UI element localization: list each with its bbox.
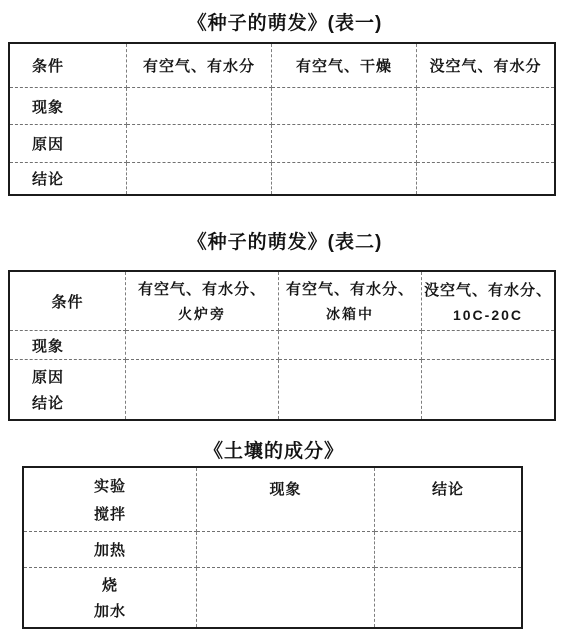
empty-cell [197, 532, 375, 568]
table3-rowlabel-addwater: 加水 [94, 600, 126, 621]
table2-header-air-water-fridge: 有空气、有水分、 冰箱中 [279, 272, 422, 331]
table3-rowlabel-stir: 搅拌 [94, 503, 126, 524]
empty-cell [126, 331, 279, 360]
empty-cell [279, 360, 422, 419]
header-line1: 没空气、有水分、 [424, 279, 552, 300]
table3-header-phenomenon: 现象 [197, 468, 375, 532]
empty-cell [272, 88, 417, 125]
header-line1: 有空气、有水分、 [138, 278, 266, 299]
empty-cell [127, 88, 272, 125]
header-line2: 火炉旁 [178, 304, 226, 324]
empty-cell [127, 163, 272, 194]
table3-header-conclusion: 结论 [375, 468, 521, 532]
header-line2: 冰箱中 [326, 304, 374, 324]
table1-rowlabel-conclusion: 结论 [10, 163, 127, 194]
table2-header-noair-water-temp: 没空气、有水分、 10C-20C [422, 272, 554, 331]
table3-title: 《土壤的成分》 [0, 436, 548, 463]
table2-header-condition: 条件 [10, 272, 126, 331]
empty-cell [417, 88, 554, 125]
header-line1: 有空气、有水分、 [286, 278, 414, 299]
table1-header-air-dry: 有空气、干燥 [272, 44, 417, 88]
table2-rowlabel-reason-conclusion: 原因 结论 [10, 360, 126, 419]
table1-rowlabel-phenomenon: 现象 [10, 88, 127, 125]
table3-rowlabel-burn: 烧 [102, 574, 118, 595]
empty-cell [417, 125, 554, 163]
table3-rowlabel-heat: 加热 [24, 532, 197, 568]
table1-header-condition: 条件 [10, 44, 127, 88]
empty-cell [279, 331, 422, 360]
table1-header-noair-water: 没空气、有水分 [417, 44, 554, 88]
header-line2: 10C-20C [453, 307, 523, 323]
table1-header-air-water: 有空气、有水分 [127, 44, 272, 88]
empty-cell [375, 532, 521, 568]
empty-cell [422, 360, 554, 419]
empty-cell [375, 568, 521, 627]
empty-cell [417, 163, 554, 194]
table2-rowlabel-reason: 原因 [32, 366, 64, 387]
table3-header-experiment: 实验 [94, 475, 126, 496]
empty-cell [127, 125, 272, 163]
table2-seed-germination-2: 条件 有空气、有水分、 火炉旁 有空气、有水分、 冰箱中 没空气、有水分、 10… [8, 270, 556, 421]
table3-soil-composition: 实验 搅拌 现象 结论 加热 烧 加水 [22, 466, 523, 629]
table2-title: 《种子的萌发》(表二) [0, 227, 570, 254]
empty-cell [272, 163, 417, 194]
empty-cell [422, 331, 554, 360]
scanned-worksheet-page: 《种子的萌发》(表一) 条件 有空气、有水分 有空气、干燥 没空气、有水分 现象… [0, 0, 570, 643]
table1-rowlabel-reason: 原因 [10, 125, 127, 163]
table3-rowlabel-burn-addwater: 烧 加水 [24, 568, 197, 627]
table2-rowlabel-conclusion: 结论 [32, 392, 64, 413]
table2-rowlabel-phenomenon: 现象 [10, 331, 126, 360]
table1-seed-germination-1: 条件 有空气、有水分 有空气、干燥 没空气、有水分 现象 原因 结论 [8, 42, 556, 196]
table3-header-experiment-stir: 实验 搅拌 [24, 468, 197, 532]
empty-cell [126, 360, 279, 419]
empty-cell [272, 125, 417, 163]
table2-header-air-water-stove: 有空气、有水分、 火炉旁 [126, 272, 279, 331]
table1-title: 《种子的萌发》(表一) [0, 8, 570, 35]
empty-cell [197, 568, 375, 627]
